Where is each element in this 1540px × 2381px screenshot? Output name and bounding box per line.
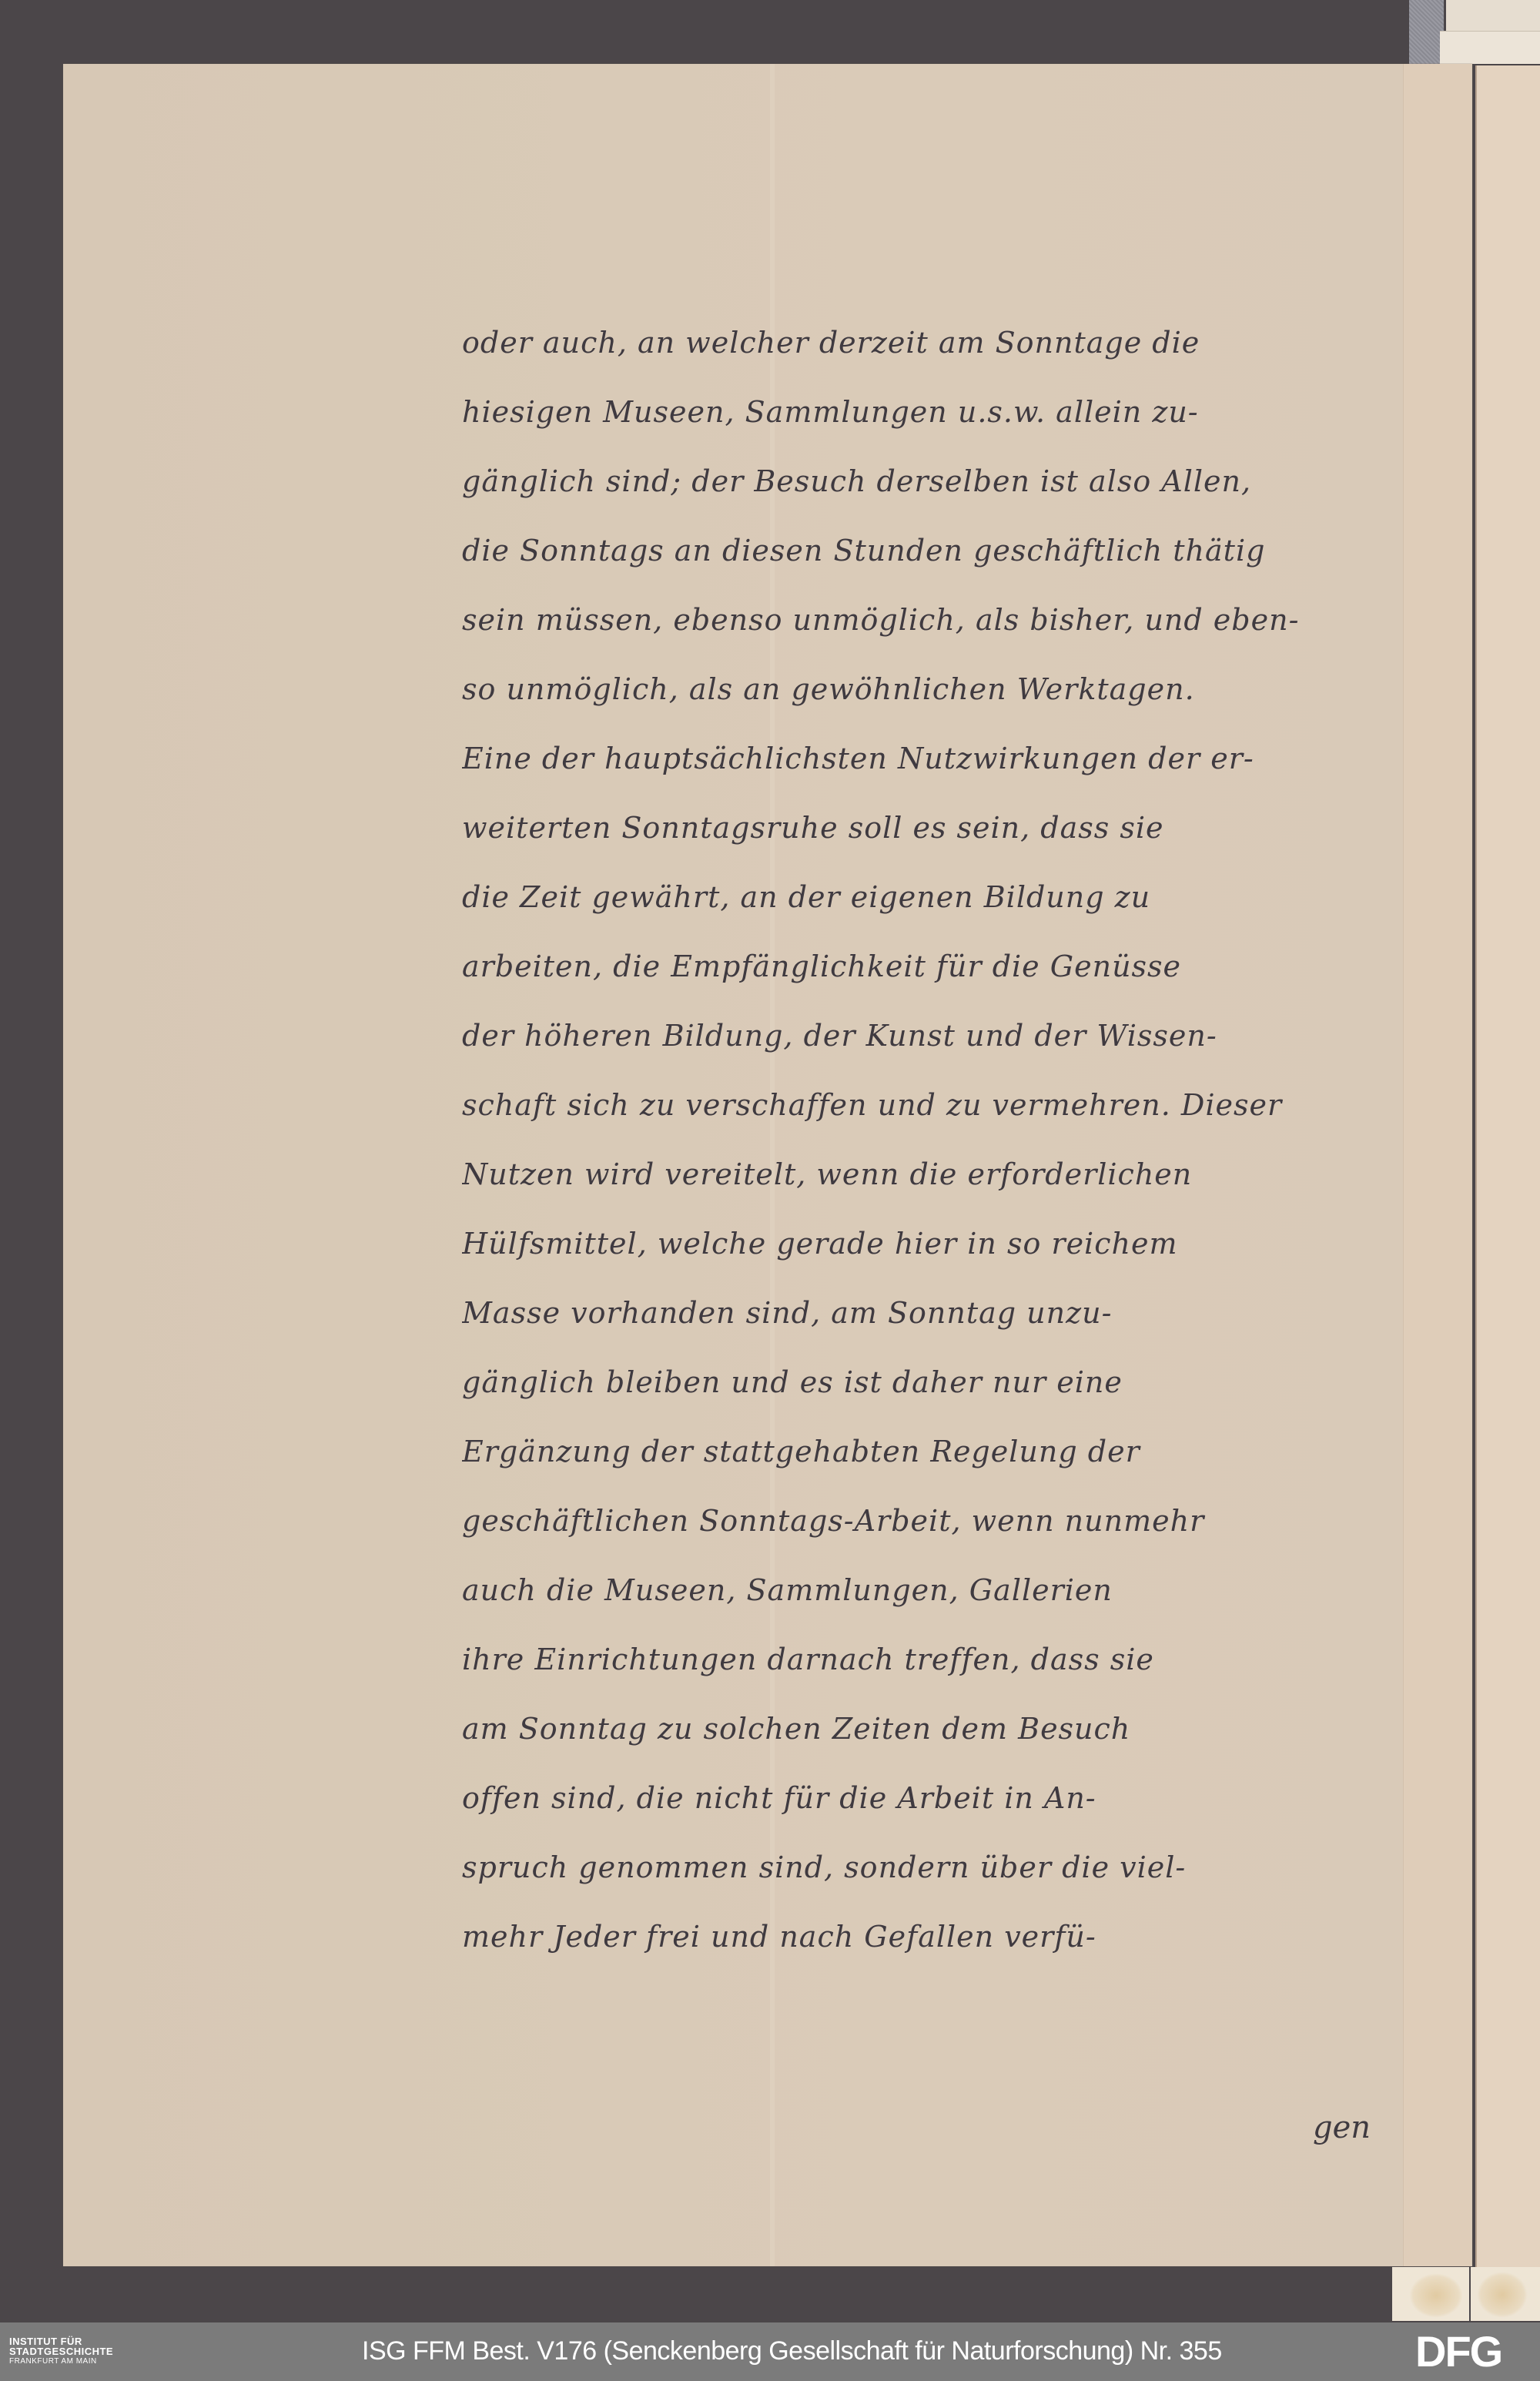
institute-logo-line2: STADTGESCHICHTE [9, 2346, 113, 2356]
text-line: offen sind, die nicht für die Arbeit in … [462, 1763, 1494, 1833]
institute-logo: INSTITUT FÜR STADTGESCHICHTE FRANKFURT A… [9, 2336, 113, 2366]
text-line: die Sonntags an diesen Stunden geschäftl… [462, 516, 1494, 585]
text-line: Eine der hauptsächlichsten Nutzwirkungen… [462, 724, 1494, 793]
paper-tape-right [1471, 2267, 1540, 2321]
text-line: so unmöglich, als an gewöhnlichen Werkta… [462, 655, 1494, 724]
catchword: gen [1313, 2110, 1371, 2145]
text-line: am Sonntag zu solchen Zeiten dem Besuch [462, 1694, 1494, 1763]
tape-stain [1409, 2273, 1463, 2318]
text-line: gänglich sind; der Besuch derselben ist … [462, 447, 1494, 516]
text-line: sein müssen, ebenso unmöglich, als bishe… [462, 585, 1494, 655]
text-line: hiesigen Museen, Sammlungen u.s.w. allei… [462, 377, 1494, 447]
paper-tape-left [1392, 2267, 1469, 2321]
text-line: weiterten Sonntagsruhe soll es sein, das… [462, 793, 1494, 862]
binding-gauze [1409, 0, 1444, 65]
text-line: der höheren Bildung, der Kunst und der W… [462, 1001, 1494, 1070]
text-line: oder auch, an welcher derzeit am Sonntag… [462, 308, 1494, 377]
archive-reference-caption: ISG FFM Best. V176 (Senckenberg Gesellsc… [362, 2333, 1222, 2369]
text-line: geschäftlichen Sonntags-Arbeit, wenn nun… [462, 1486, 1494, 1556]
text-line: die Zeit gewährt, an der eigenen Bildung… [462, 862, 1494, 932]
text-line: arbeiten, die Empfänglichkeit für die Ge… [462, 932, 1494, 1001]
text-line: Hülfsmittel, welche gerade hier in so re… [462, 1209, 1494, 1278]
text-line: ihre Einrichtungen darnach treffen, dass… [462, 1625, 1494, 1694]
handwritten-text-body: oder auch, an welcher derzeit am Sonntag… [462, 308, 1494, 1971]
dfg-logo: DFG [1415, 2330, 1501, 2373]
text-line: schaft sich zu verschaffen und zu vermeh… [462, 1070, 1494, 1140]
institute-logo-line3: FRANKFURT AM MAIN [9, 2356, 113, 2366]
text-line: spruch genommen sind, sondern über die v… [462, 1833, 1494, 1902]
text-line: Masse vorhanden sind, am Sonntag unzu- [462, 1278, 1494, 1348]
text-line: Nutzen wird vereitelt, wenn die erforder… [462, 1140, 1494, 1209]
text-line: mehr Jeder frei und nach Gefallen verfü- [462, 1902, 1494, 1971]
adjacent-sheet-top-lower [1440, 31, 1540, 64]
adjacent-sheet-top [1446, 0, 1540, 32]
archive-footer-bar: INSTITUT FÜR STADTGESCHICHTE FRANKFURT A… [0, 2322, 1540, 2381]
text-line: auch die Museen, Sammlungen, Gallerien [462, 1556, 1494, 1625]
tape-stain [1477, 2272, 1528, 2318]
text-line: Ergänzung der stattgehabten Regelung der [462, 1417, 1494, 1486]
text-line: gänglich bleiben und es ist daher nur ei… [462, 1348, 1494, 1417]
